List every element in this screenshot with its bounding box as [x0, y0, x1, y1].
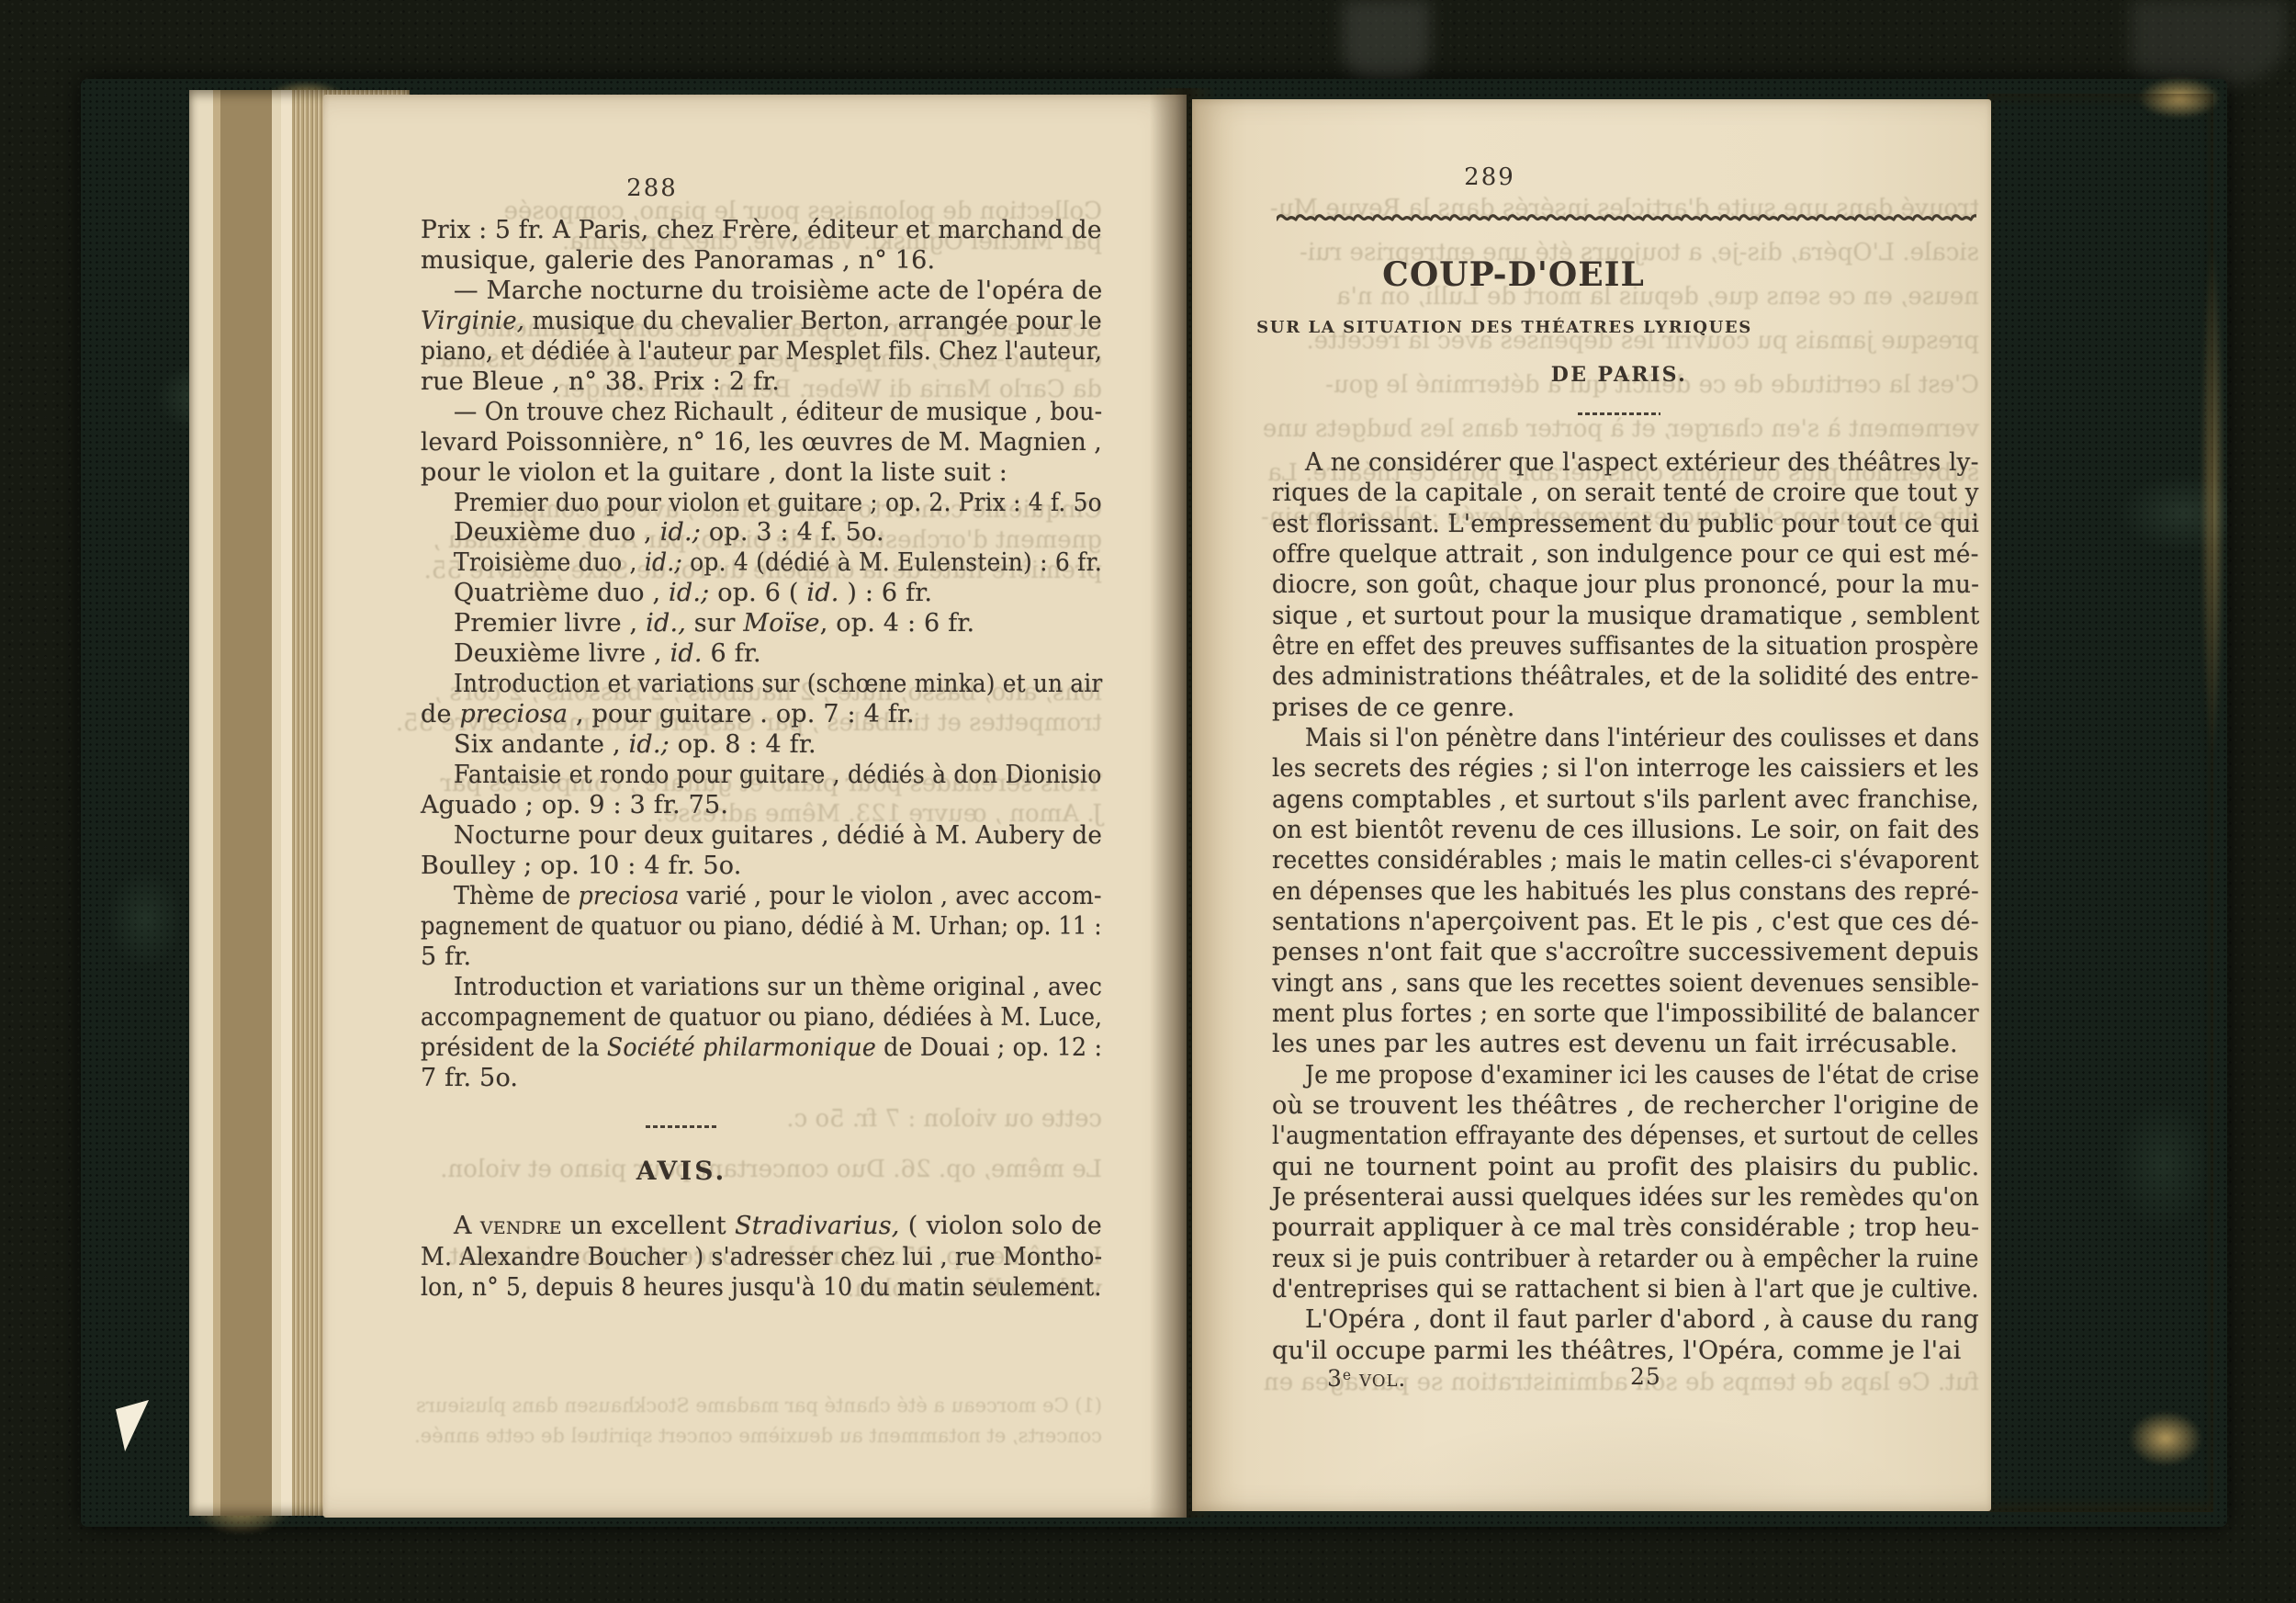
text-line: Thème de preciosa varié , pour le violon… — [421, 881, 1135, 911]
text-line: penses n'ont fait que s'accroître succes… — [1272, 937, 1979, 967]
text-line: Deuxième duo , id.; op. 3 : 4 f. 5o. — [421, 517, 1135, 548]
text-line: lon, n° 5, depuis 8 heures jusqu'à 10 du… — [421, 1272, 1102, 1303]
text-line: on est bientôt revenu de ces illusions. … — [1272, 815, 1979, 845]
text-line: Je me propose d'examiner ici les causes … — [1272, 1060, 2012, 1090]
text-line: Premier duo pour violon et guitare ; op.… — [421, 488, 1135, 518]
page-288-text: Prix : 5 fr. A Paris, chez Frère, éditeu… — [421, 95, 1102, 1518]
text-line: riques de la capitale , on serait tenté … — [1272, 478, 1979, 508]
text-line: Troisième duo , id.; op. 4 (dédié à M. E… — [421, 548, 1135, 578]
signature-number: 25 — [1630, 1363, 1661, 1390]
text-line: Quatrième duo , id.; op. 6 ( id. ) : 6 f… — [421, 578, 1135, 608]
text-line: 7 fr. 5o. — [421, 1063, 1102, 1093]
text-line: Aguado ; op. 9 : 3 fr. 75. — [421, 790, 1102, 820]
text-line: qu'il occupe parmi les théâtres, l'Opéra… — [1272, 1336, 1979, 1366]
text-line: les secrets des régies ; si l'on interro… — [1272, 753, 1979, 784]
text-line: Fantaisie et rondo pour guitare , dédiés… — [421, 760, 1135, 790]
text-line: recettes considérables ; mais le matin c… — [1272, 845, 1979, 875]
text-line: des administrations théâtrales, et de la… — [1272, 661, 1979, 692]
text-line: pourrait appliquer à ce mal très considé… — [1272, 1213, 1979, 1243]
text-line: président de la Société philarmonique de… — [421, 1033, 1102, 1063]
text-line: musique, galerie des Panoramas , n° 16. — [421, 245, 1102, 276]
text-line: — On trouve chez Richault , éditeur de m… — [421, 397, 1135, 427]
text-line: reux si je puis contribuer à retarder ou… — [1272, 1244, 1979, 1274]
right-fore-edge-pages — [1987, 94, 2213, 1512]
section-rule — [646, 1125, 717, 1128]
text-line: Mais si l'on pénètre dans l'intérieur de… — [1272, 723, 2012, 753]
text-line: vingt ans , sans que les recettes soient… — [1272, 968, 1979, 999]
text-line: rue Bleue , n° 38. Prix : 2 fr. — [421, 367, 1102, 397]
text-line: L'Opéra , dont il faut parler d'abord , … — [1272, 1304, 2012, 1335]
text-line: accompagnement de quatuor ou piano, dédi… — [421, 1002, 1102, 1033]
text-line: agens comptables , et surtout s'ils parl… — [1272, 785, 1979, 815]
volume-ordinal: e — [1343, 1367, 1351, 1383]
text-line: pour le violon et la guitare , dont la l… — [421, 457, 1102, 488]
text-line: Je présenterai aussi quelques idées sur … — [1272, 1182, 1979, 1213]
text-line: sique , et surtout pour la musique drama… — [1272, 601, 1979, 631]
text-line: où se trouvent les théâtres , de recherc… — [1272, 1090, 1979, 1121]
text-line: A vendre un excellent Stradivarius, ( vi… — [421, 1211, 1135, 1241]
background-smudge — [1343, 0, 1430, 85]
right-page: trouvé dans une suite d'articles insérés… — [1192, 99, 1991, 1511]
text-line: en dépenses que les habitués les plus co… — [1272, 876, 1979, 907]
text-line: Deuxième livre , id. 6 fr. — [421, 638, 1135, 669]
scanned-book-spread: Collection de polonaises pour le piano, … — [0, 0, 2296, 1603]
text-line: Introduction et variations sur un thème … — [421, 972, 1135, 1002]
text-line: est florissant. L'empressement du public… — [1272, 509, 1979, 539]
text-line: diocre, son goût, chaque jour plus prono… — [1272, 570, 1979, 600]
text-line: 5 fr. — [421, 942, 1102, 972]
text-line: de preciosa , pour guitare . op. 7 : 4 f… — [421, 699, 1102, 729]
text-line: d'entreprises qui se rattachent si bien … — [1272, 1274, 1979, 1304]
left-page: Collection de polonaises pour le piano, … — [323, 95, 1187, 1518]
text-line: Six andante , id.; op. 8 : 4 fr. — [421, 729, 1135, 760]
text-line: Prix : 5 fr. A Paris, chez Frère, éditeu… — [421, 215, 1102, 245]
text-line: — Marche nocturne du troisième acte de l… — [421, 276, 1135, 306]
volume-word: vol. — [1351, 1365, 1406, 1392]
background-smudge — [2131, 0, 2287, 87]
text-line: Boulley ; op. 10 : 4 fr. 5o. — [421, 851, 1102, 881]
text-line: Virginie, musique du chevalier Berton, a… — [421, 306, 1102, 336]
text-line: les unes par les autres est devenu un fa… — [1272, 1029, 1979, 1059]
text-line: Premier livre , id., sur Moïse, op. 4 : … — [421, 608, 1135, 638]
text-line: ment plus fortes ; en sorte que l'imposs… — [1272, 999, 1979, 1029]
text-line: être en effet des preuves suffisantes de… — [1272, 631, 1979, 661]
text-line: l'augmentation effrayante des dépenses, … — [1272, 1121, 1979, 1151]
text-line: offre quelque attrait , son indulgence p… — [1272, 539, 1979, 570]
text-line: Introduction et variations sur (schœne m… — [421, 669, 1135, 699]
text-line: M. Alexandre Boucher ) s'adresser chez l… — [421, 1242, 1102, 1272]
text-line: prises de ce genre. — [1272, 693, 1979, 723]
volume-number: 3 — [1327, 1365, 1343, 1392]
page-289-text: A ne considérer que l'aspect extérieur d… — [1272, 99, 1979, 1511]
avis-heading: AVIS. — [314, 1156, 1049, 1186]
volume-mark: 3e vol. — [1327, 1365, 1406, 1392]
text-line: sentations n'aperçoivent pas. Et le pis … — [1272, 907, 1979, 937]
text-line: qui ne tournent point au profit des plai… — [1272, 1152, 1979, 1182]
text-line: Nocturne pour deux guitares , dédié à M.… — [421, 820, 1135, 851]
text-line: levard Poissonnière, n° 16, les œuvres d… — [421, 427, 1102, 457]
text-line: A ne considérer que l'aspect extérieur d… — [1272, 447, 2012, 478]
text-line: pagnement de quatuor ou piano, dédié à M… — [421, 911, 1102, 942]
text-line: piano, et dédiée à l'auteur par Mesplet … — [421, 336, 1102, 367]
